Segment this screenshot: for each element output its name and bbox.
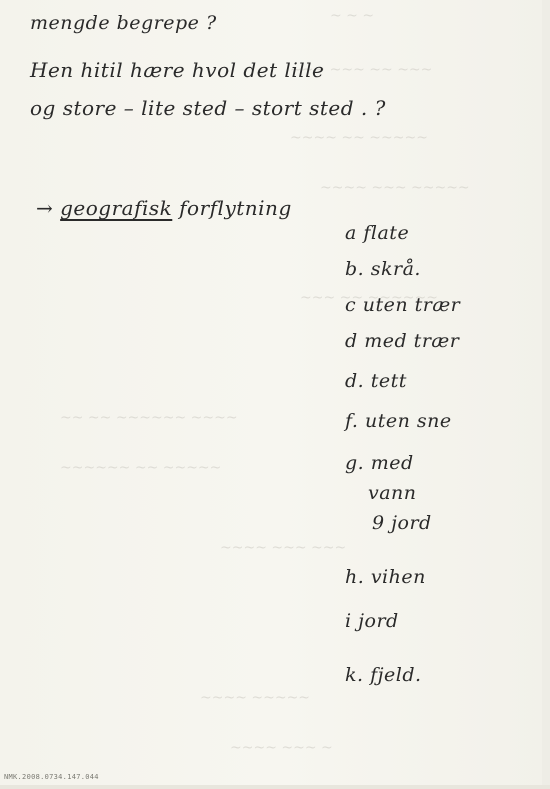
scanned-page: ~ ~ ~ ~~~ ~~~ ~~ ~~~ ~~~~ ~~ ~~~~~ ~~~~ … (0, 0, 550, 789)
heading-underlined: geografisk (60, 196, 172, 220)
list-item: d med trær (345, 330, 459, 352)
handwritten-line-3: og store – lite sted – stort sted . ? (30, 96, 386, 120)
heading-line: → geografisk forflytning (36, 196, 292, 220)
bleed-through-text: ~~ ~~ ~~~~~~ ~~~~ (60, 410, 238, 426)
page-edge (542, 0, 550, 789)
bleed-through-text: ~~~~ ~~~~~ (200, 690, 310, 706)
handwritten-line-1: mengde begrepe ? (30, 12, 217, 34)
list-item: k. fjeld. (345, 664, 422, 686)
catalog-number: NMK.2008.0734.147.044 (4, 773, 99, 781)
list-item: 9 jord (372, 512, 432, 534)
list-item: c uten trær (345, 294, 460, 316)
bleed-through-text: ~~~~ ~~~ ~~~~~ (320, 180, 470, 196)
bleed-through-text: ~~~~ ~~ ~~~~~ (290, 130, 428, 146)
list-item: a flate (345, 222, 409, 244)
handwritten-line-2: Hen hitil hære hvol det lille (30, 58, 324, 82)
arrow-icon: → (36, 196, 53, 220)
bleed-through-text: ~~~~ ~~~ ~~~ (220, 540, 346, 556)
list-item: i jord (345, 610, 399, 632)
bleed-through-text: ~ ~ ~ (330, 8, 374, 24)
heading-rest: forflytning (179, 196, 292, 220)
list-item: vann (368, 482, 417, 504)
bleed-through-text: ~~~~ ~~~ ~ (230, 740, 333, 756)
list-item: f. uten sne (345, 410, 452, 432)
page-bottom-edge (0, 785, 550, 789)
list-item: h. vihen (345, 566, 426, 588)
list-item: b. skrå. (345, 258, 421, 280)
list-item: g. med (345, 452, 414, 474)
bleed-through-text: ~~~~~~ ~~ ~~~~~ (60, 460, 221, 476)
list-item: d. tett (345, 370, 407, 392)
